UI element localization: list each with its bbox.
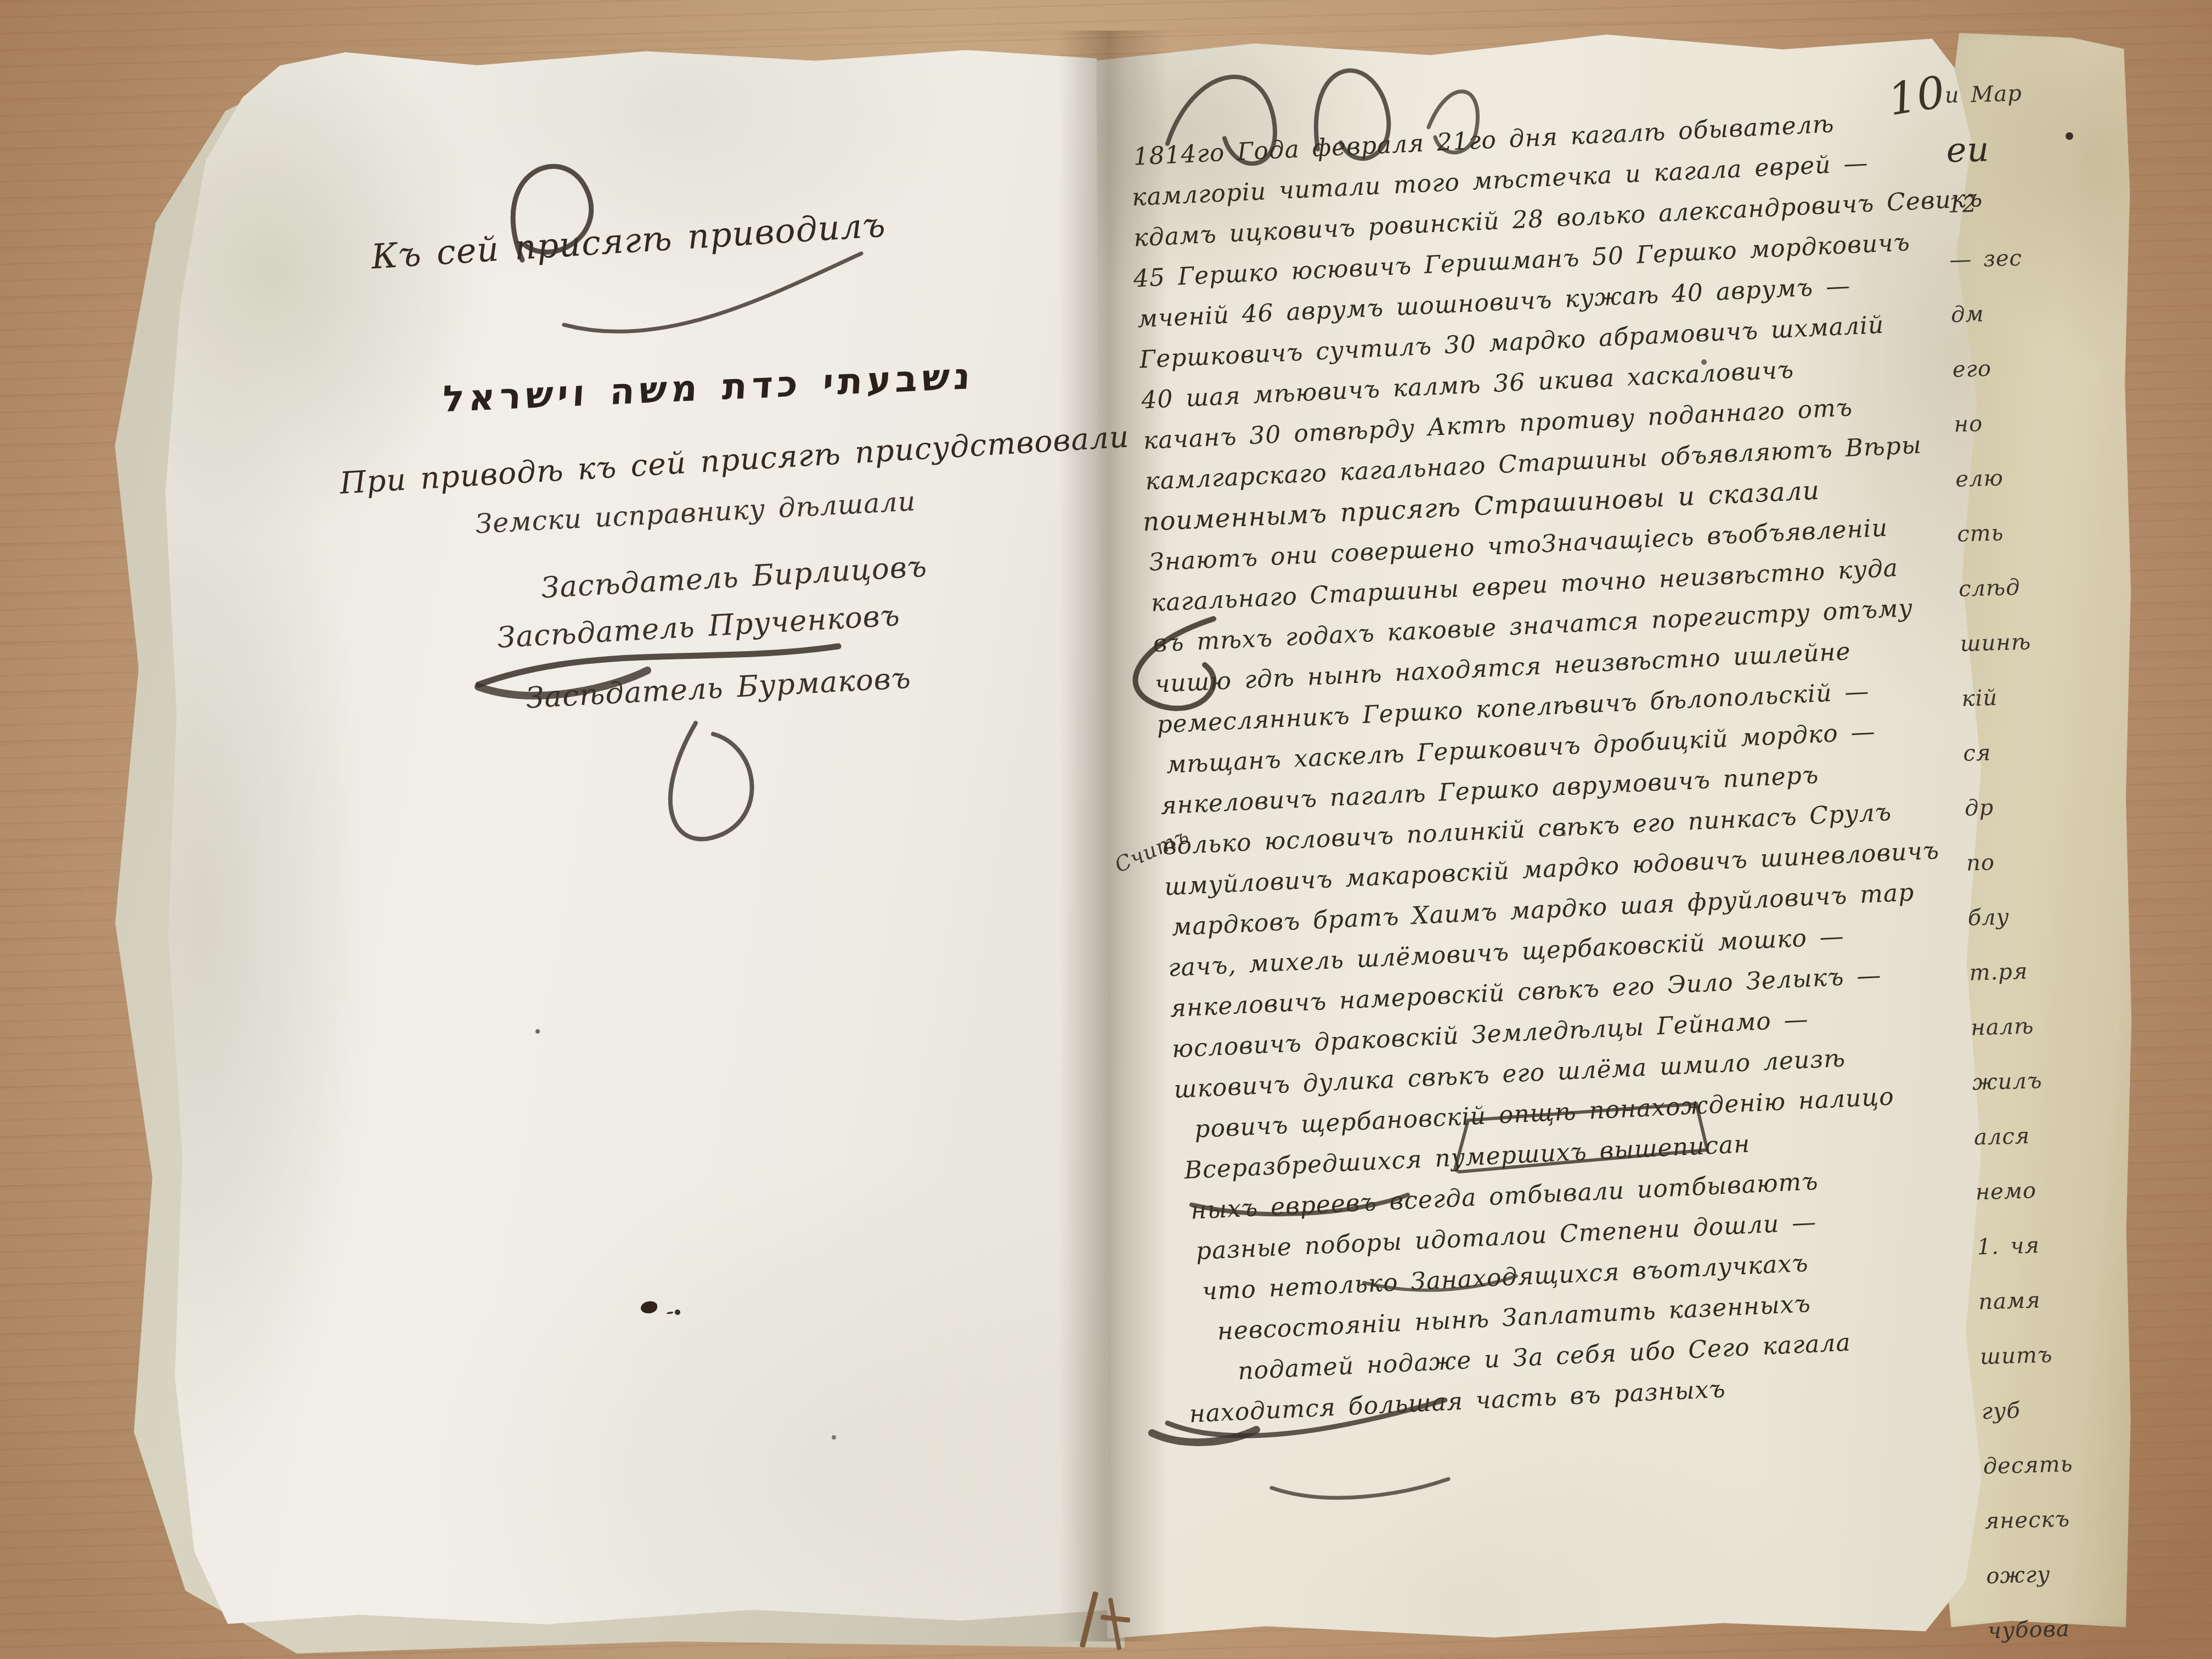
strip-text-fragment: десять bbox=[1982, 1435, 2132, 1494]
manuscript-text-block: 1814го Года февраля 21го дня кагалѣ обыв… bbox=[1129, 98, 2029, 1435]
strip-text-fragment: ожгу bbox=[1985, 1545, 2135, 1604]
strip-text-fragment: чубова bbox=[1987, 1600, 2137, 1658]
strip-text-fragment: янескъ bbox=[1984, 1490, 2134, 1549]
left-page bbox=[157, 43, 1110, 1631]
photo-of-manuscript: { "document_kind": "handwritten archival… bbox=[0, 0, 2212, 1659]
